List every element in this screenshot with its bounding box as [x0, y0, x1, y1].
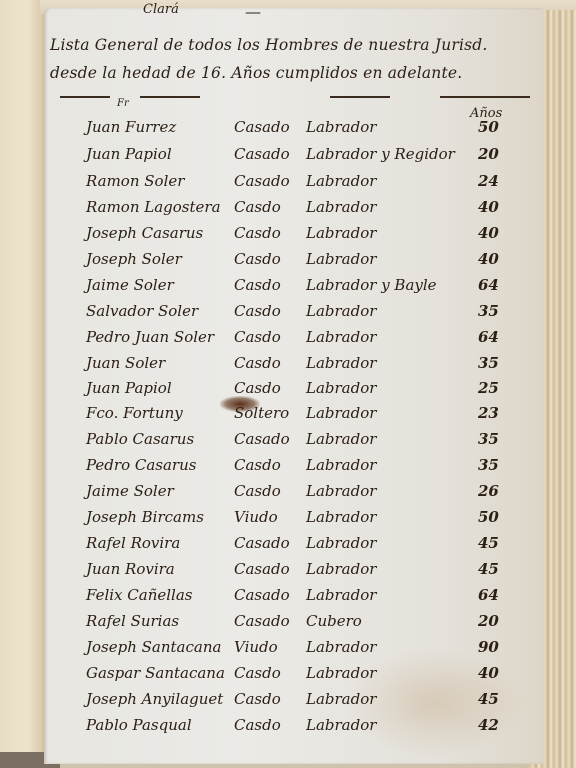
list-entry: Rafel Rovira Casado Labrador 45: [86, 534, 526, 560]
entry-status: Casado: [234, 430, 290, 448]
entry-age: 64: [478, 328, 499, 346]
entry-status: Casdo: [234, 302, 281, 320]
entry-status: Viudo: [234, 638, 278, 656]
list-entry: Ramon Soler Casado Labrador 24: [86, 172, 526, 198]
entry-name: Juan Papiol: [86, 379, 172, 397]
left-facing-page: [0, 0, 46, 768]
entry-name: Gaspar Santacana: [86, 664, 225, 682]
list-entry: Joseph Bircams Viudo Labrador 50: [86, 508, 526, 534]
entry-status: Casdo: [234, 328, 281, 346]
entry-occupation: Labrador: [306, 172, 376, 190]
entry-name: Juan Soler: [86, 354, 165, 372]
list-entry: Joseph Casarus Casdo Labrador 40: [86, 224, 526, 250]
entry-name: Jaime Soler: [86, 482, 174, 500]
entry-name: Pedro Juan Soler: [86, 328, 214, 346]
list-entry: Fco. Fortuny Soltero Labrador 23: [86, 404, 526, 430]
entry-occupation: Labrador: [306, 638, 376, 656]
entry-status: Casdo: [234, 198, 281, 216]
entry-age: 20: [478, 145, 499, 163]
list-entry: Jaime Soler Casdo Labrador 26: [86, 482, 526, 508]
list-entry: Juan Soler Casdo Labrador 35: [86, 354, 526, 380]
entry-occupation: Labrador: [306, 690, 376, 708]
entry-status: Casado: [234, 586, 290, 604]
entry-status: Casdo: [234, 224, 281, 242]
entry-age: 20: [478, 612, 499, 630]
list-entry: Pablo Pasqual Casdo Labrador 42: [86, 716, 526, 742]
entry-name: Joseph Bircams: [86, 508, 204, 526]
entry-age: 35: [478, 302, 499, 320]
entry-status: Casado: [234, 145, 290, 163]
entry-status: Casdo: [234, 456, 281, 474]
entry-age: 42: [478, 716, 499, 734]
entry-age: 24: [478, 172, 499, 190]
entry-age: 40: [478, 250, 499, 268]
entry-occupation: Labrador: [306, 586, 376, 604]
entry-occupation: Labrador y Regidor: [306, 145, 455, 163]
entry-age: 35: [478, 430, 499, 448]
entry-occupation: Labrador: [306, 664, 376, 682]
rule: [140, 96, 200, 98]
entry-status: Casdo: [234, 690, 281, 708]
entry-name: Pedro Casarus: [86, 456, 196, 474]
entry-age: 64: [478, 586, 499, 604]
list-entry: Joseph Santacana Viudo Labrador 90: [86, 638, 526, 664]
entry-name: Rafel Rovira: [86, 534, 180, 552]
list-entry: Pedro Casarus Casdo Labrador 35: [86, 456, 526, 482]
entry-occupation: Labrador: [306, 716, 376, 734]
entry-name: Joseph Santacana: [86, 638, 221, 656]
list-entry: Gaspar Santacana Casdo Labrador 40: [86, 664, 526, 690]
entry-status: Casdo: [234, 250, 281, 268]
title-line-2: desde la hedad de 16. Años cumplidos en …: [50, 64, 462, 82]
entry-status: Casado: [234, 560, 290, 578]
entry-occupation: Labrador: [306, 198, 376, 216]
entry-name: Salvador Soler: [86, 302, 198, 320]
entry-age: 26: [478, 482, 499, 500]
entry-age: 23: [478, 404, 499, 422]
list-entry: Juan Papiol Casdo Labrador 25: [86, 379, 526, 405]
entry-status: Casdo: [234, 716, 281, 734]
entry-age: 40: [478, 224, 499, 242]
entry-name: Juan Rovira: [86, 560, 175, 578]
entry-occupation: Labrador: [306, 560, 376, 578]
entry-name: Rafel Surias: [86, 612, 179, 630]
entry-occupation: Labrador: [306, 456, 376, 474]
entry-age: 64: [478, 276, 499, 294]
entry-name: Pablo Casarus: [86, 430, 194, 448]
entry-age: 35: [478, 354, 499, 372]
header-flourish: —: [245, 2, 261, 21]
list-entry: Juan Papiol Casado Labrador y Regidor 20: [86, 145, 526, 171]
entry-status: Casdo: [234, 664, 281, 682]
entry-name: Fco. Fortuny: [86, 404, 183, 422]
entry-age: 25: [478, 379, 499, 397]
title-line-1: Lista General de todos los Hombres de nu…: [50, 36, 488, 54]
entry-name: Joseph Casarus: [86, 224, 203, 242]
rule: [440, 96, 530, 98]
entry-status: Casado: [234, 612, 290, 630]
entry-age: 45: [478, 534, 499, 552]
entry-status: Casdo: [234, 482, 281, 500]
entry-occupation: Labrador y Bayle: [306, 276, 437, 294]
entry-name: Pablo Pasqual: [86, 716, 192, 734]
entry-age: 45: [478, 690, 499, 708]
entry-status: Casdo: [234, 276, 281, 294]
list-entry: Felix Cañellas Casado Labrador 64: [86, 586, 526, 612]
list-entry: Juan Rovira Casado Labrador 45: [86, 560, 526, 586]
list-entry: Joseph Soler Casdo Labrador 40: [86, 250, 526, 276]
entry-occupation: Labrador: [306, 508, 376, 526]
entry-occupation: Labrador: [306, 354, 376, 372]
entry-occupation: Labrador: [306, 250, 376, 268]
entry-status: Casdo: [234, 354, 281, 372]
list-entry: Pablo Casarus Casado Labrador 35: [86, 430, 526, 456]
entry-name: Ramon Soler: [86, 172, 184, 190]
entry-age: 35: [478, 456, 499, 474]
list-entry: Salvador Soler Casdo Labrador 35: [86, 302, 526, 328]
rule: [60, 96, 110, 98]
list-entry: Joseph Anyilaguet Casdo Labrador 45: [86, 690, 526, 716]
entry-status: Soltero: [234, 404, 289, 422]
entry-age: 90: [478, 638, 499, 656]
entry-name: Felix Cañellas: [86, 586, 192, 604]
entry-occupation: Labrador: [306, 430, 376, 448]
entry-status: Casado: [234, 534, 290, 552]
entry-occupation: Labrador: [306, 328, 376, 346]
entry-name: Joseph Soler: [86, 250, 182, 268]
rule: [330, 96, 390, 98]
entry-name: Juan Furrez: [86, 118, 176, 136]
entry-age: 40: [478, 198, 499, 216]
entry-occupation: Labrador: [306, 224, 376, 242]
entry-age: 50: [478, 118, 499, 136]
entry-occupation: Labrador: [306, 302, 376, 320]
entry-occupation: Labrador: [306, 534, 376, 552]
list-entry: Juan Furrez Casado Labrador 50: [86, 118, 526, 144]
entry-occupation: Labrador: [306, 482, 376, 500]
entry-occupation: Labrador: [306, 118, 376, 136]
list-entry: Pedro Juan Soler Casdo Labrador 64: [86, 328, 526, 354]
list-entry: Ramon Lagostera Casdo Labrador 40: [86, 198, 526, 224]
entry-status: Casado: [234, 172, 290, 190]
entry-age: 40: [478, 664, 499, 682]
entry-occupation: Labrador: [306, 404, 376, 422]
annotation: Fr: [117, 98, 129, 109]
list-entry: Rafel Surias Casado Cubero 20: [86, 612, 526, 638]
margin-note: Clará: [143, 2, 179, 17]
list-entry: Jaime Soler Casdo Labrador y Bayle 64: [86, 276, 526, 302]
entry-status: Viudo: [234, 508, 278, 526]
entry-occupation: Cubero: [306, 612, 362, 630]
entry-status: Casado: [234, 118, 290, 136]
entry-name: Ramon Lagostera: [86, 198, 221, 216]
entry-status: Casdo: [234, 379, 281, 397]
entry-occupation: Labrador: [306, 379, 376, 397]
entry-age: 50: [478, 508, 499, 526]
entry-name: Juan Papiol: [86, 145, 172, 163]
entry-name: Joseph Anyilaguet: [86, 690, 223, 708]
entry-name: Jaime Soler: [86, 276, 174, 294]
entry-age: 45: [478, 560, 499, 578]
